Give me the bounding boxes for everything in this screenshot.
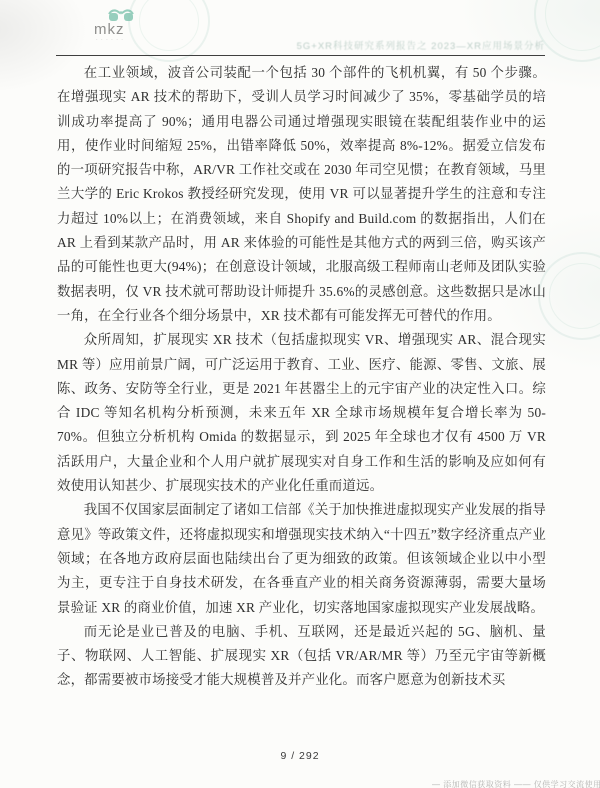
brand-logo: mkz · · · · · · <box>94 8 164 44</box>
stamp-watermark-icon <box>538 252 600 340</box>
logo-tagline: · · · · · · <box>96 37 164 44</box>
body-text: 在工业领域，波音公司装配一个包括 30 个部件的飞机机翼，有 50 个步骤。在增… <box>57 61 546 693</box>
logo-wordmark: mkz <box>94 23 164 37</box>
header-watermark: 5G+XR科技研究系列报告之 2023—XR应用场景分析 <box>297 38 545 52</box>
paragraph-industry-cases: 在工业领域，波音公司装配一个包括 30 个部件的飞机机翼，有 50 个步骤。在增… <box>57 61 546 328</box>
page-number: 9 / 292 <box>0 750 600 762</box>
bottom-watermark: — 添加微信获取资料 —— 仅供学习交流使用 — <box>432 779 600 788</box>
paragraph-market-acceptance: 而无论是业已普及的电脑、手机、互联网，还是最近兴起的 5G、脑机、量子、物联网、… <box>57 620 546 693</box>
paragraph-china-policy: 我国不仅国家层面制定了诸如工信部《关于加快推进虚拟现实产业发展的指导意见》等政策… <box>57 498 546 619</box>
paragraph-xr-overview: 众所周知，扩展现实 XR 技术（包括虚拟现实 VR、增强现实 AR、混合现实 M… <box>57 328 546 498</box>
stamp-watermark-icon <box>534 0 600 62</box>
header-rule <box>56 55 545 56</box>
document-page: mkz · · · · · · 5G+XR科技研究系列报告之 2023—XR应用… <box>0 0 600 788</box>
